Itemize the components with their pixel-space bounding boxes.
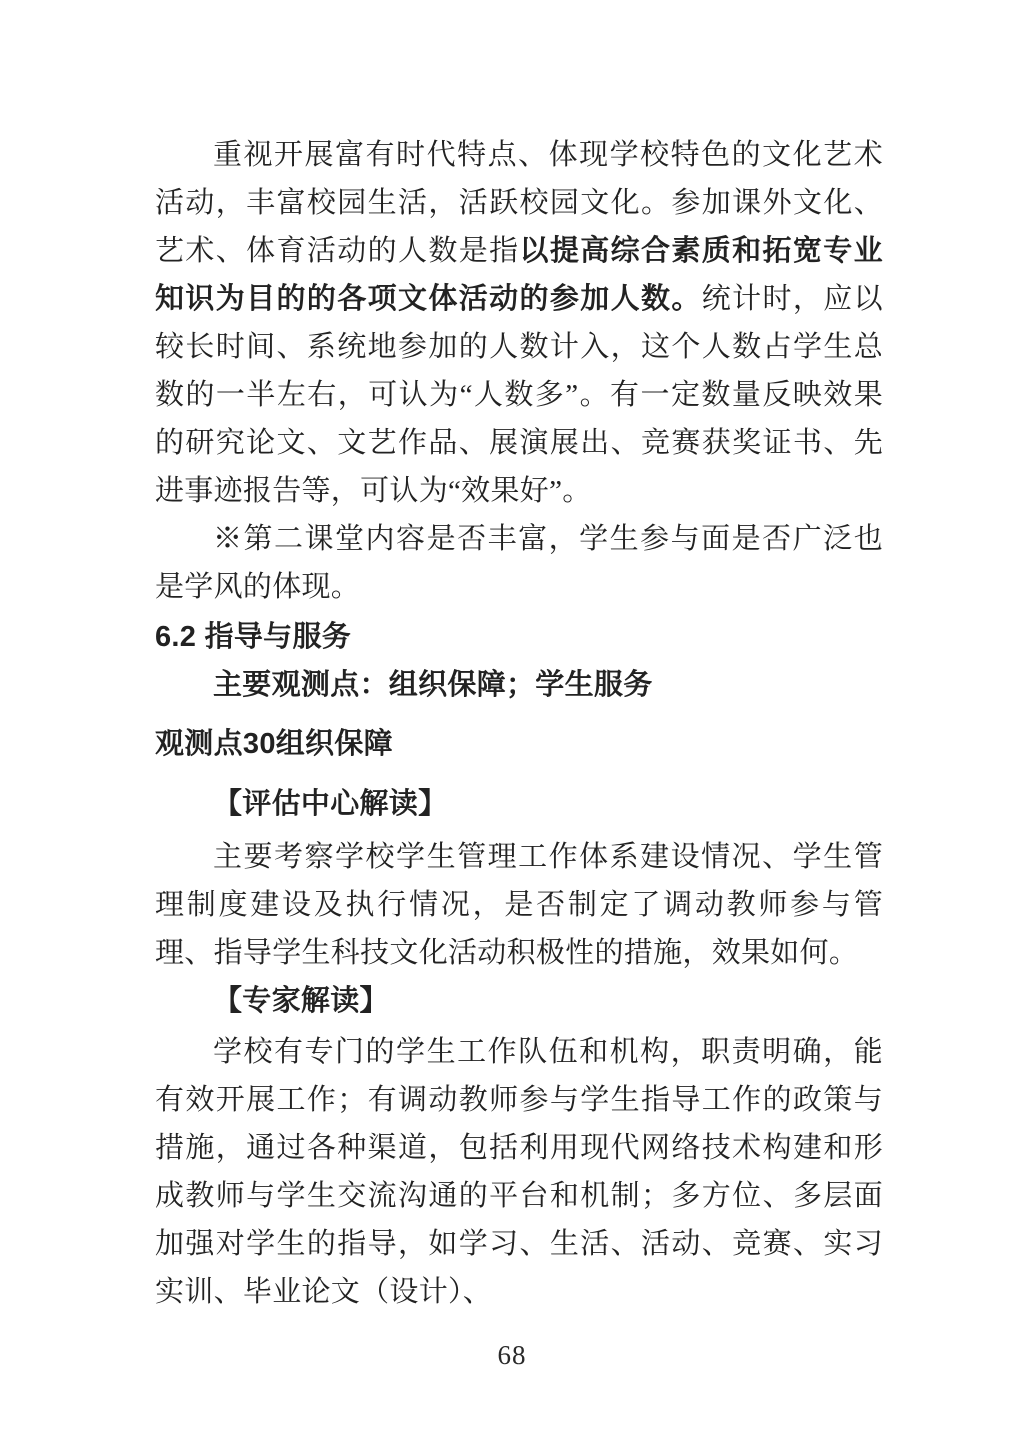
bold-text-run: 【专家解读】 — [213, 985, 389, 1017]
text-run: 统计时，应以较长时间、系统地参加的人数计入，这个人数占学生总数的一半左右，可认为… — [155, 283, 883, 507]
page-number: 68 — [0, 1340, 1024, 1371]
subheading-main-observation-points: 主要观测点：组织保障；学生服务 — [155, 661, 883, 709]
document-content: 重视开展富有时代特点、体现学校特色的文化艺术活动，丰富校园生活，活跃校园文化。参… — [155, 131, 883, 1316]
paragraph-expert-body: 学校有专门的学生工作队伍和机构，职责明确，能有效开展工作；有调动教师参与学生指导… — [155, 1028, 883, 1316]
text-run: ※第二课堂内容是否丰富，学生参与面是否广泛也是学风的体现。 — [155, 523, 883, 603]
heading-expert-interpretation: 【专家解读】 — [155, 977, 883, 1025]
bold-text-run: 【评估中心解读】 — [213, 788, 447, 820]
bold-text-run: 主要观测点：组织保障；学生服务 — [213, 669, 653, 701]
paragraph-note: ※第二课堂内容是否丰富，学生参与面是否广泛也是学风的体现。 — [155, 515, 883, 611]
heading-observation-point-30: 观测点30组织保障 — [155, 720, 883, 768]
paragraph-evaluation-center-body: 主要考察学校学生管理工作体系建设情况、学生管理制度建设及执行情况，是否制定了调动… — [155, 833, 883, 977]
paragraph-second-classroom-activities: 重视开展富有时代特点、体现学校特色的文化艺术活动，丰富校园生活，活跃校园文化。参… — [155, 131, 883, 515]
heading-evaluation-center-interpretation: 【评估中心解读】 — [155, 780, 883, 828]
text-run: 主要考察学校学生管理工作体系建设情况、学生管理制度建设及执行情况，是否制定了调动… — [155, 841, 883, 969]
document-page: 重视开展富有时代特点、体现学校特色的文化艺术活动，丰富校园生活，活跃校园文化。参… — [0, 0, 1024, 1448]
bold-text-run: 6.2 指导与服务 — [155, 621, 351, 653]
text-run: 学校有专门的学生工作队伍和机构，职责明确，能有效开展工作；有调动教师参与学生指导… — [155, 1036, 883, 1308]
heading-section-6-2: 6.2 指导与服务 — [155, 613, 883, 661]
bold-text-run: 观测点30组织保障 — [155, 728, 393, 760]
